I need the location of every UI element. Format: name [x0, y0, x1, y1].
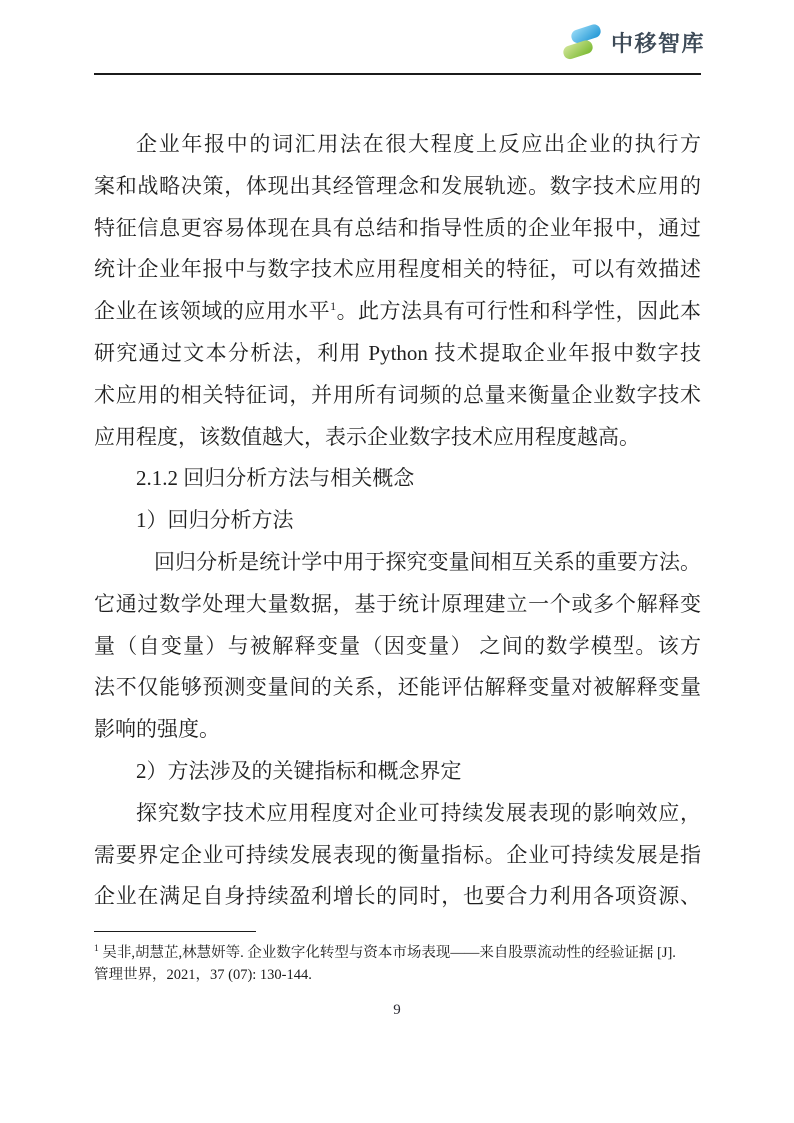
text-line: 法不仅能够预测变量间的关系，还能评估解释变量对被解释变量: [94, 667, 701, 709]
section-heading: 2.1.2 回归分析方法与相关概念: [94, 458, 701, 500]
text-line: 需要界定企业可持续发展表现的衡量指标。企业可持续发展是指: [94, 835, 701, 877]
document-body: 企业年报中的词汇用法在很大程度上反应出企业的执行方 案和战略决策，体现出其经管理…: [94, 124, 701, 918]
footnote-text: 吴非,胡慧芷,林慧妍等. 企业数字化转型与资本市场表现——来自股票流动性的经验证…: [99, 945, 676, 961]
list-heading: 2）方法涉及的关键指标和概念界定: [94, 751, 701, 793]
footnote-line: 1 吴非,胡慧芷,林慧妍等. 企业数字化转型与资本市场表现——来自股票流动性的经…: [94, 938, 734, 964]
text-line: 术应用的相关特征词，并用所有词频的总量来衡量企业数字技术: [94, 375, 701, 417]
document-page: 中移智库 企业年报中的词汇用法在很大程度上反应出企业的执行方 案和战略决策，体现…: [0, 0, 794, 1123]
text-line: 统计企业年报中与数字技术应用程度相关的特征，可以有效描述: [94, 249, 701, 291]
footnote: 1 吴非,胡慧芷,林慧妍等. 企业数字化转型与资本市场表现——来自股票流动性的经…: [94, 938, 734, 986]
text-line: 它通过数学处理大量数据，基于统计原理建立一个或多个解释变: [94, 584, 701, 626]
text-line: 企业年报中的词汇用法在很大程度上反应出企业的执行方: [94, 124, 701, 166]
text-line: 企业在满足自身持续盈利增长的同时，也要合力利用各项资源、: [94, 876, 701, 918]
text-line: 影响的强度。: [94, 709, 701, 751]
footnote-separator: [94, 931, 256, 932]
text-line: 回归分析是统计学中用于探究变量间相互关系的重要方法。: [94, 542, 701, 584]
text-line: 研究通过文本分析法，利用 Python 技术提取企业年报中数字技: [94, 333, 701, 375]
header-divider: [94, 73, 701, 75]
text-line: 应用程度，该数值越大，表示企业数字技术应用程度越高。: [94, 417, 701, 459]
list-heading: 1）回归分析方法: [94, 500, 701, 542]
text-segment: 。此方法具有可行性和科学性，因此本: [336, 299, 701, 323]
page-number: 9: [0, 1002, 794, 1019]
logo-text: 中移智库: [611, 27, 705, 58]
text-line: 企业在该领域的应用水平1。此方法具有可行性和科学性，因此本: [94, 291, 701, 333]
text-line: 特征信息更容易体现在具有总结和指导性质的企业年报中，通过: [94, 208, 701, 250]
text-line: 量（自变量）与被解释变量（因变量） 之间的数学模型。该方: [94, 626, 701, 668]
text-line: 案和战略决策，体现出其经管理念和发展轨迹。数字技术应用的: [94, 166, 701, 208]
text-line: 探究数字技术应用程度对企业可持续发展表现的影响效应，: [94, 793, 701, 835]
logo-icon: [561, 22, 603, 62]
text-segment: 企业在该领域的应用水平: [94, 299, 330, 323]
brand-logo: 中移智库: [561, 22, 705, 62]
footnote-line: 管理世界，2021，37 (07): 130-144.: [94, 964, 734, 986]
